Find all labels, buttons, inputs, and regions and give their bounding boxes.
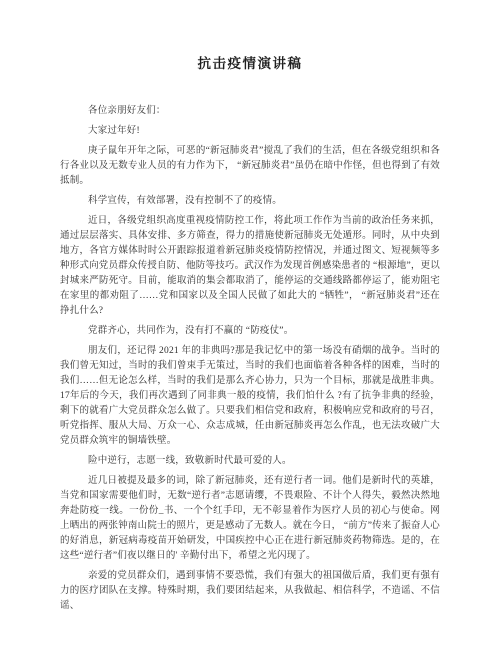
greeting-line: 大家过年好! bbox=[60, 124, 440, 139]
paragraph: 庚子鼠年开年之际，可恶的“新冠肺炎君”搅乱了我们的生活，但在各级党组织和各行各业… bbox=[60, 144, 440, 189]
paragraph: 近几日被提及最多的词，除了新冠肺炎，还有逆行者一词。他们是新时代的英雄，当党和国… bbox=[60, 474, 440, 564]
paragraph: 近日，各级党组织高度重视疫情防控工作，将此项工作作为当前的政治任务来抓，通过层层… bbox=[60, 214, 440, 319]
paragraph: 险中逆行，志愿一线，致敬新时代最可爱的人。 bbox=[60, 454, 440, 469]
paragraph: 朋友们，还记得 2021 年的非典吗?那是我记忆中的第一场没有硝烟的战争。当时的… bbox=[60, 344, 440, 449]
document-body: 各位亲朋好友们： 大家过年好! 庚子鼠年开年之际，可恶的“新冠肺炎君”搅乱了我们… bbox=[60, 104, 440, 614]
document-page: 抗击疫情演讲稿 各位亲朋好友们： 大家过年好! 庚子鼠年开年之际，可恶的“新冠肺… bbox=[0, 0, 500, 647]
paragraph: 党群齐心，共同作为，没有打不赢的 “防疫仗”。 bbox=[60, 324, 440, 339]
document-title: 抗击疫情演讲稿 bbox=[60, 56, 440, 72]
salutation-line: 各位亲朋好友们： bbox=[60, 104, 440, 119]
paragraph: 科学宣传，有效部署，没有控制不了的疫情。 bbox=[60, 194, 440, 209]
paragraph: 亲爱的党员群众们，遇到事情不要恐慌，我们有强大的祖国做后盾，我们更有强有力的医疗… bbox=[60, 569, 440, 614]
